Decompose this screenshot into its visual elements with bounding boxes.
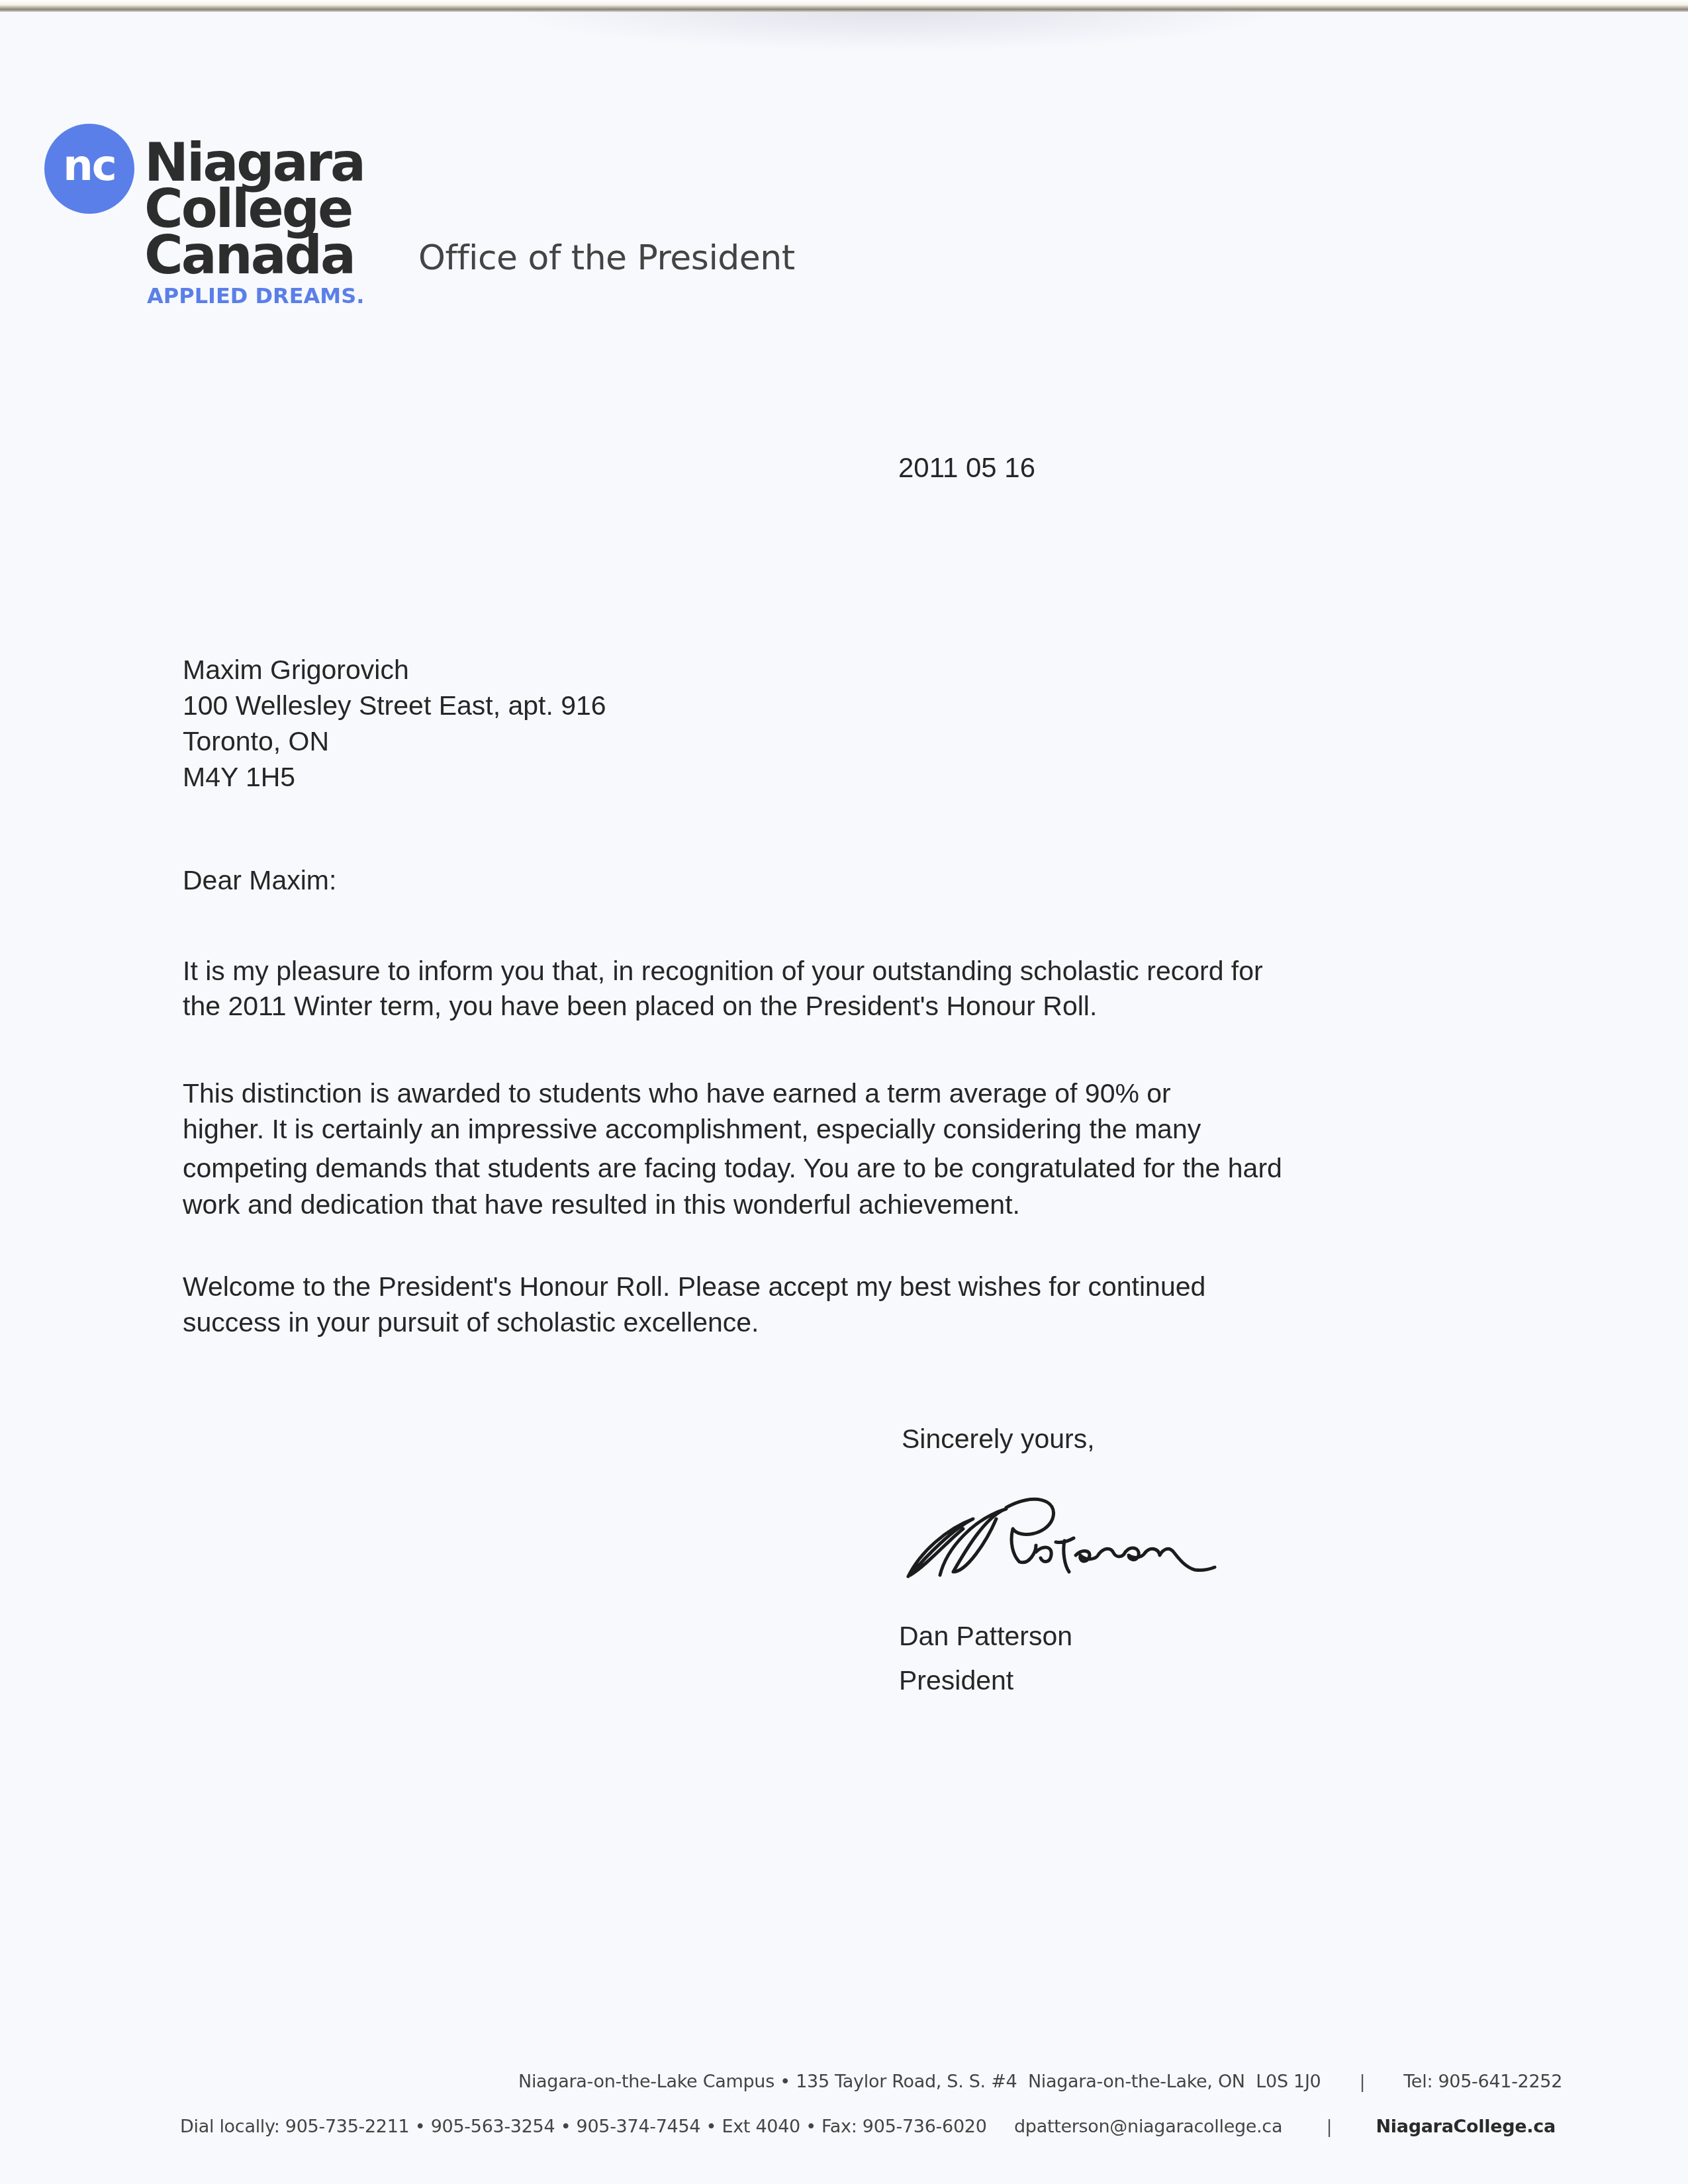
footer-dial-locally: Dial locally: 905-735-2211 • 905-563-325…	[180, 2116, 987, 2137]
letter-date: 2011 05 16	[898, 454, 1035, 482]
signer-name: Dan Patterson	[899, 1623, 1072, 1650]
paragraph-line: It is my pleasure to inform you that, in…	[183, 958, 1263, 985]
footer-email-link[interactable]: dpatterson@niagaracollege.ca	[1014, 2116, 1282, 2137]
footer-campus: Niagara-on-the-Lake Campus	[518, 2071, 774, 2092]
recipient-street: 100 Wellesley Street East, apt. 916	[183, 692, 606, 719]
scan-shadow	[503, 12, 1284, 52]
department-title: Office of the President	[418, 238, 795, 278]
paragraph-line: Welcome to the President's Honour Roll. …	[183, 1273, 1205, 1300]
footer-tel: Tel: 905-641-2252	[1403, 2071, 1562, 2092]
paragraph-line: This distinction is awarded to students …	[183, 1080, 1171, 1107]
recipient-postal: M4Y 1H5	[183, 764, 295, 791]
salutation: Dear Maxim:	[183, 867, 336, 894]
footer-line-2: Dial locally: 905-735-2211 • 905-563-325…	[180, 2116, 1556, 2137]
paragraph-line: higher. It is certainly an impressive ac…	[183, 1116, 1201, 1143]
logo-word-canada: Canada	[144, 229, 354, 282]
footer-address: 135 Taylor Road, S. S. #4	[796, 2071, 1017, 2092]
footer-separator: |	[1359, 2071, 1365, 2092]
footer-website-link[interactable]: NiagaraCollege.ca	[1376, 2116, 1556, 2137]
signature-icon	[900, 1489, 1258, 1588]
paragraph-line: success in your pursuit of scholastic ex…	[183, 1309, 759, 1336]
scan-edge	[0, 0, 1688, 12]
college-logo-icon: nc	[44, 124, 134, 214]
bullet-icon: •	[780, 2071, 790, 2092]
paragraph-line: work and dedication that have resulted i…	[183, 1191, 1020, 1218]
recipient-name: Maxim Grigorovich	[183, 657, 409, 684]
recipient-city: Toronto, ON	[183, 728, 329, 755]
paragraph-line: competing demands that students are faci…	[183, 1155, 1282, 1182]
footer-separator: |	[1326, 2116, 1332, 2137]
logo-tagline: APPLIED DREAMS.	[147, 283, 364, 308]
logo-monogram: nc	[44, 124, 134, 214]
closing: Sincerely yours,	[902, 1426, 1095, 1453]
signer-title: President	[899, 1667, 1013, 1694]
footer-city: Niagara-on-the-Lake, ON L0S 1J0	[1028, 2071, 1321, 2092]
paragraph-line: the 2011 Winter term, you have been plac…	[183, 993, 1097, 1020]
footer-line-1: Niagara-on-the-Lake Campus • 135 Taylor …	[518, 2071, 1562, 2092]
